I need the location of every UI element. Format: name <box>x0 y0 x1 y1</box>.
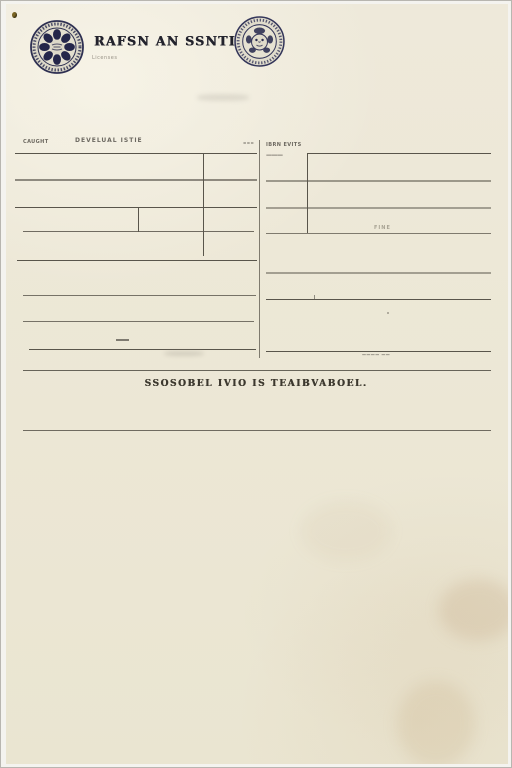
rule-line <box>266 299 491 300</box>
paper-stain <box>301 501 391 561</box>
round-seal-icon <box>29 19 85 75</box>
rule-line <box>266 233 491 234</box>
tick-mark <box>314 295 315 299</box>
column-divider <box>259 140 260 358</box>
ink-dot <box>387 312 389 314</box>
left-column-header-title: DEVELUAL ISTIE <box>75 137 143 144</box>
rule-line <box>29 349 256 350</box>
right-column-header-dashes: ——— <box>266 152 283 159</box>
paper-sheet: RAFSN AN SSNTITTES Licenses CAUGHT DEVEL… <box>1 1 511 767</box>
paper-stain <box>397 681 475 767</box>
printed-statement: SSOSOBEL IVIO IS TEAIBVABOEL. <box>1 379 511 389</box>
pencil-dash-mark <box>116 339 129 341</box>
round-seal-icon <box>233 15 286 68</box>
full-width-rule <box>23 430 491 431</box>
rule-line <box>23 321 254 322</box>
line-annotation: FINE <box>374 225 391 231</box>
rule-line-vertical <box>307 153 308 233</box>
rule-line <box>17 260 257 261</box>
eraser-smudge <box>164 351 204 356</box>
rule-line <box>307 153 491 154</box>
rule-line <box>266 272 491 274</box>
rule-line-vertical <box>203 153 204 256</box>
rule-line <box>15 207 257 208</box>
rule-line <box>23 295 256 296</box>
rule-line <box>15 153 257 154</box>
right-column-footer-mark: ———— —— <box>362 352 390 357</box>
paper-stain <box>439 579 512 641</box>
rule-line <box>15 179 257 181</box>
left-column-header-mark: === <box>243 140 254 145</box>
rule-line <box>266 180 491 182</box>
full-width-rule <box>23 370 491 371</box>
right-column-header-label: IBRN EVITS <box>266 142 302 148</box>
staple-hole-mark <box>12 12 17 18</box>
form-subtitle: Licenses <box>92 55 117 61</box>
rule-line-vertical <box>138 207 139 232</box>
left-column-header-label: CAUGHT <box>23 139 49 145</box>
rule-line <box>266 207 491 209</box>
faint-ink-smudge <box>197 94 249 101</box>
